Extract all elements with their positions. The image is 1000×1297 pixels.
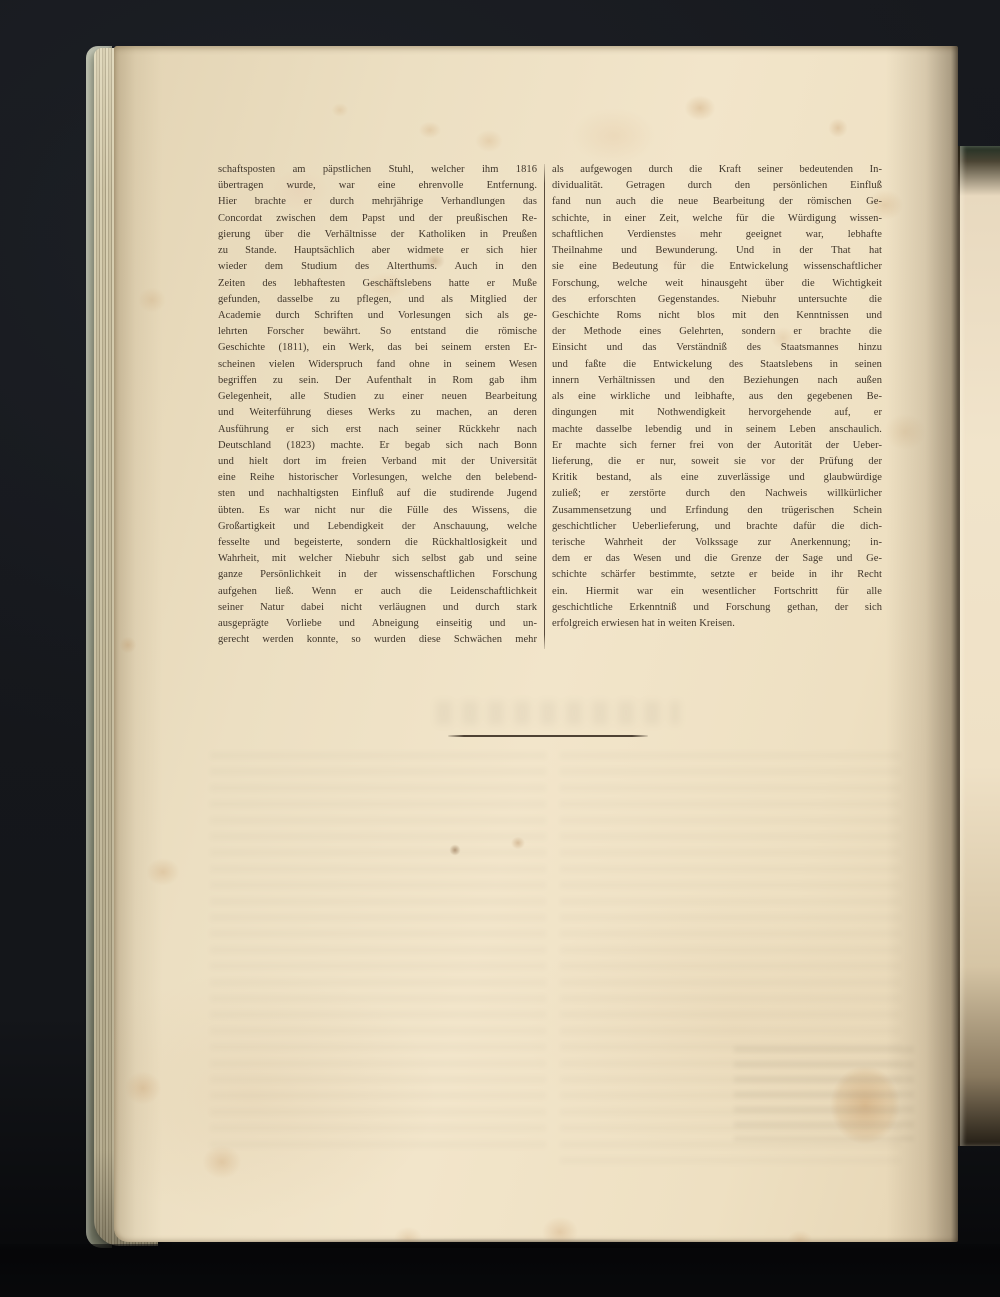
text-line: Concordat zwischen dem Papst und der pre… bbox=[218, 211, 537, 227]
text-line: sten und nachhaltigsten Einfluß auf die … bbox=[218, 486, 537, 502]
text-line: Zeiten des lebhaftesten Geschäftslebens … bbox=[218, 276, 537, 292]
section-divider-rule bbox=[448, 735, 648, 737]
text-line: Gelegenheit, alle Studien zu einer neuen… bbox=[218, 389, 537, 405]
text-line: Wahrheit, mit welcher Niebuhr sich selbs… bbox=[218, 551, 537, 567]
text-line: lehrten Forscher bewährt. So entstand di… bbox=[218, 324, 537, 340]
book-shadow bbox=[0, 1244, 1000, 1297]
text-line: machte dasselbe lebendig und in seinem L… bbox=[552, 422, 882, 438]
photo-background: { "colors": { "background": "#15171b", "… bbox=[0, 0, 1000, 1297]
text-line: terische Wahrheit der Volkssage zur Aner… bbox=[552, 535, 882, 551]
text-line: ganze Persönlichkeit in der wissenschaft… bbox=[218, 567, 537, 583]
text-line: geschichtliche Erkenntniß und Forschung … bbox=[552, 600, 882, 616]
text-line: schichte schärfer bestimmte, setzte er b… bbox=[552, 567, 882, 583]
text-line: Academie durch Schriften und Vorlesungen… bbox=[218, 308, 537, 324]
text-line: und faßte die Entwickelung des Staatsleb… bbox=[552, 357, 882, 373]
text-line: übertragen wurde, war eine ehrenvolle En… bbox=[218, 178, 537, 194]
text-line: Geschichte Roms nicht blos mit den Kennt… bbox=[552, 308, 882, 324]
text-column-right: als aufgewogen durch die Kraft seiner be… bbox=[552, 162, 882, 649]
text-line: dividualität. Getragen durch den persönl… bbox=[552, 178, 882, 194]
text-line: der Methode eines Gelehrten, sondern er … bbox=[552, 324, 882, 340]
scanned-book: schaftsposten am päpstlichen Stuhl, welc… bbox=[86, 46, 1000, 1248]
show-through-ghost-text bbox=[210, 752, 546, 1152]
text-line: Forschung, welche weit hinausgeht über d… bbox=[552, 276, 882, 292]
text-line: aufgehen ließ. Wenn er auch die Leidensc… bbox=[218, 584, 537, 600]
book-page: schaftsposten am päpstlichen Stuhl, welc… bbox=[114, 46, 958, 1242]
text-line: Deutschland (1823) machte. Er begab sich… bbox=[218, 438, 537, 454]
text-line: Einsicht und das Verständniß des Staatsm… bbox=[552, 340, 882, 356]
text-line: als eine wirkliche und leibhafte, aus de… bbox=[552, 389, 882, 405]
text-line: seiner Natur dabei nicht verläugnen und … bbox=[218, 600, 537, 616]
text-line: wieder dem Studium des Alterthums. Auch … bbox=[218, 259, 537, 275]
text-line: gerecht werden konnte, so wurden diese S… bbox=[218, 632, 537, 648]
text-line: als aufgewogen durch die Kraft seiner be… bbox=[552, 162, 882, 178]
text-line: erfolgreich erwiesen hat in weiten Kreis… bbox=[552, 616, 882, 632]
text-line: Großartigkeit und Lebendigkeit der Ansch… bbox=[218, 519, 537, 535]
text-line: lieferung, die er nur, soweit sie vor de… bbox=[552, 454, 882, 470]
text-line: ein. Hiermit war ein wesentlicher Fortsc… bbox=[552, 584, 882, 600]
text-line: begriffen zu sein. Der Aufenthalt in Rom… bbox=[218, 373, 537, 389]
text-line: gefunden, dasselbe zu pflegen, und als M… bbox=[218, 292, 537, 308]
text-line: fesselte und begeisterte, sondern die Rü… bbox=[218, 535, 537, 551]
text-line: geschichtlicher Ueberlieferung, und brac… bbox=[552, 519, 882, 535]
text-line: schaftsposten am päpstlichen Stuhl, welc… bbox=[218, 162, 537, 178]
show-through-ghost-text bbox=[734, 1046, 914, 1141]
text-line: Hier brachte er durch mehrjährige Verhan… bbox=[218, 194, 537, 210]
text-line: sie eine Bedeutung für die Entwickelung … bbox=[552, 259, 882, 275]
text-line: übten. Es war nicht nur die Fülle des Wi… bbox=[218, 503, 537, 519]
text-line: zuließ; er zerstörte durch den Nachweis … bbox=[552, 486, 882, 502]
text-line: scheinen vielen Widerspruch fand ohne in… bbox=[218, 357, 537, 373]
text-line: innern Verhältnissen und den Beziehungen… bbox=[552, 373, 882, 389]
text-line: gierung über die Verhältnisse der Kathol… bbox=[218, 227, 537, 243]
column-divider-rule bbox=[544, 164, 545, 649]
text-line: dem er das Wesen und die Grenze der Sage… bbox=[552, 551, 882, 567]
text-line: Kritik bestand, als eine zuverlässige un… bbox=[552, 470, 882, 486]
text-line: Er machte sich ferner frei von der Autor… bbox=[552, 438, 882, 454]
text-line: Zusammensetzung und Erfindung den trüger… bbox=[552, 503, 882, 519]
text-line: schichte, in einer Zeit, welche für die … bbox=[552, 211, 882, 227]
text-column-left: schaftsposten am päpstlichen Stuhl, welc… bbox=[218, 162, 537, 649]
text-line: zu Stande. Hauptsächlich aber widmete er… bbox=[218, 243, 537, 259]
show-through-ghost-text bbox=[560, 752, 900, 1172]
text-line: Theilnahme und Bewunderung. Und in der T… bbox=[552, 243, 882, 259]
text-block: schaftsposten am päpstlichen Stuhl, welc… bbox=[218, 162, 882, 649]
text-line: fand nun auch die neue Bearbeitung der r… bbox=[552, 194, 882, 210]
text-line: und Weiterführung dieses Werks zu machen… bbox=[218, 405, 537, 421]
text-line: Geschichte (1811), ein Werk, das bei sei… bbox=[218, 340, 537, 356]
facing-page-gutter-edge bbox=[958, 146, 1000, 1146]
text-line: ausgeprägte Vorliebe und Abneigung einse… bbox=[218, 616, 537, 632]
text-line: schaftlichen Verdienstes mehr geeignet w… bbox=[552, 227, 882, 243]
text-line: eine Reihe historischer Vorlesungen, wel… bbox=[218, 470, 537, 486]
show-through-ghost-heading bbox=[436, 701, 680, 725]
text-line: dingungen mit Nothwendigkeit hervorgehen… bbox=[552, 405, 882, 421]
text-line: und hielt dort im freien Verband mit der… bbox=[218, 454, 537, 470]
text-line: des erforschten Gegenstandes. Niebuhr un… bbox=[552, 292, 882, 308]
text-line: Ausführung er sich erst nach seiner Rück… bbox=[218, 422, 537, 438]
